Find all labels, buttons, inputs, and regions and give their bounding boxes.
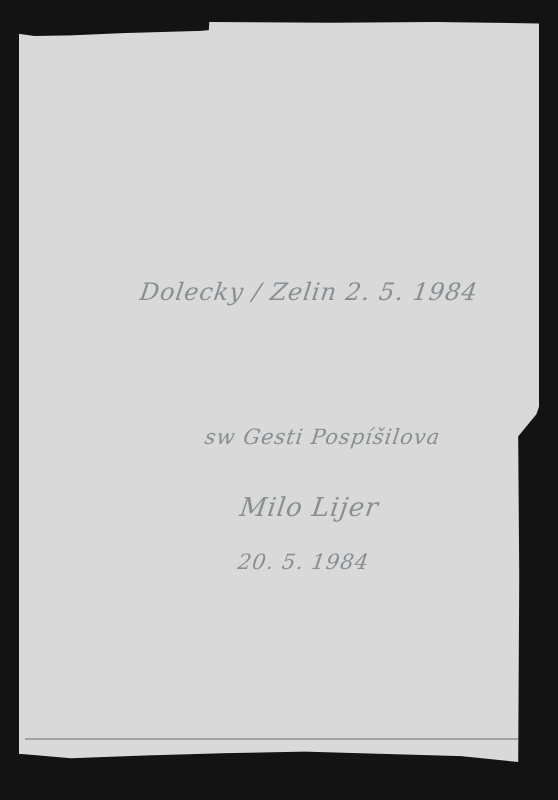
paper-sheet [19,22,539,762]
handwritten-signature: Milo Lijer [238,493,381,523]
handwritten-date: 20. 5. 1984 [236,550,371,574]
handwritten-line-title: Dolecky / Zelin 2. 5. 1984 [138,278,480,306]
handwritten-line-dedication: sw Gesti Pospíšilova [203,425,442,449]
